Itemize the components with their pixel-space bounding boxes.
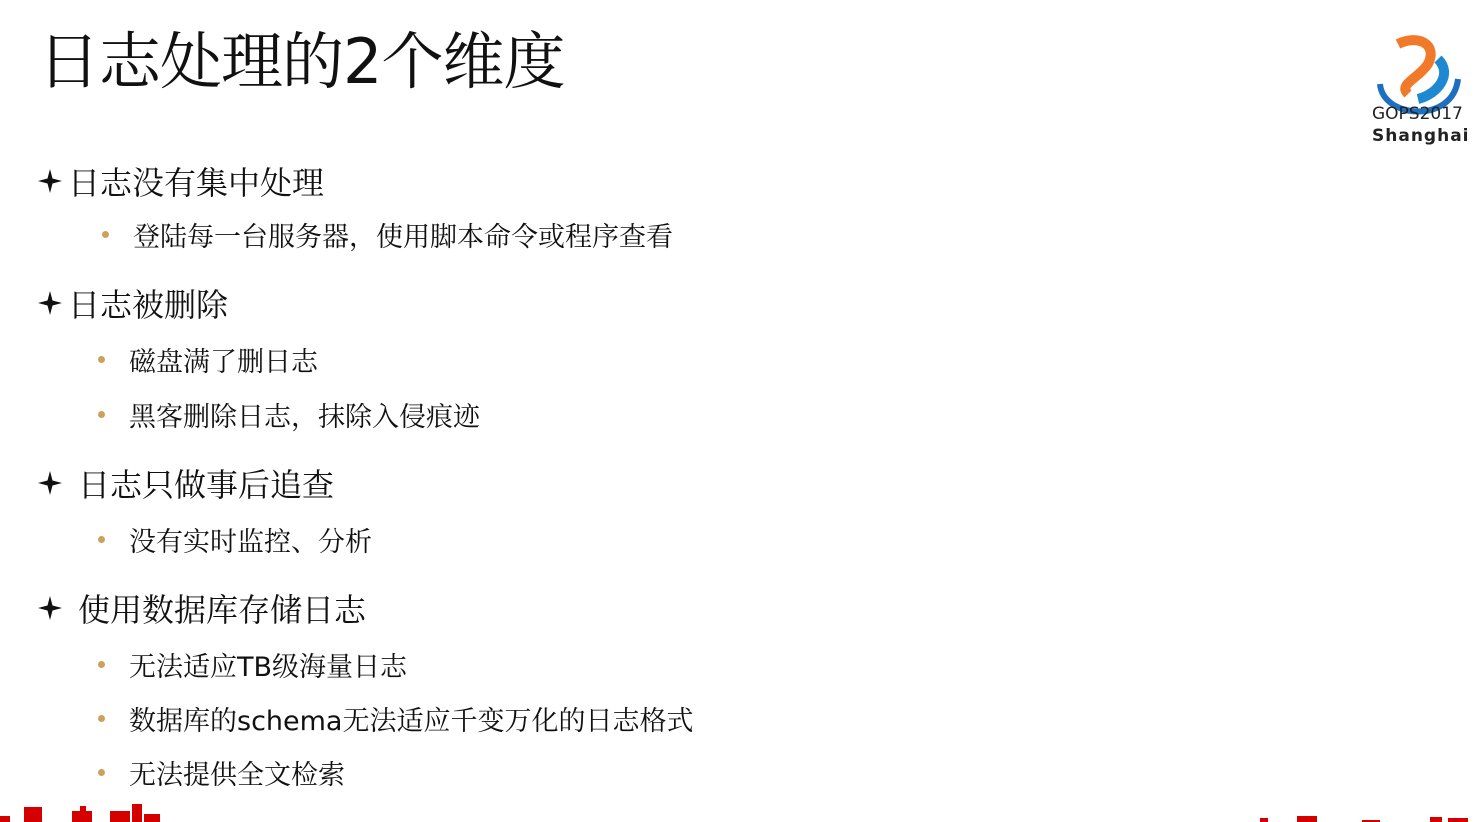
city-skyline-decoration [0,782,1484,822]
bullet-text: 黑客删除日志，抹除入侵痕迹 [129,395,480,434]
heading-text: 日志被删除 [68,280,228,326]
bullet-dot-icon [98,356,105,363]
section-heading: 日志没有集中处理 [38,158,324,204]
heading-text: 使用数据库存储日志 [78,585,366,631]
logo-text-event: GOPS2017 [1372,104,1463,124]
section-heading: 日志只做事后追查 [38,460,334,506]
heading-text: 日志没有集中处理 [68,158,324,204]
bullet-dot-icon [98,769,105,776]
bullet-item: 无法适应TB级海量日志 [98,645,407,684]
bullet-dot-icon [98,411,105,418]
bullet-text: 无法适应TB级海量日志 [129,645,407,684]
bullet-text: 登陆每一台服务器，使用脚本命令或程序查看 [133,215,673,254]
bullet-dot-icon [102,231,109,238]
bullet-item: 数据库的schema无法适应千变万化的日志格式 [98,699,693,738]
logo-text-city: Shanghai [1372,126,1470,146]
bullet-dot-icon [98,715,105,722]
bullet-text: 数据库的schema无法适应千变万化的日志格式 [129,699,693,738]
four-point-star-icon [38,169,62,193]
heading-text: 日志只做事后追查 [78,460,334,506]
section-heading: 日志被删除 [38,280,228,326]
bullet-item: 黑客删除日志，抹除入侵痕迹 [98,395,480,434]
bullet-item: 磁盘满了删日志 [98,340,318,379]
four-point-star-icon [38,291,62,315]
bullet-text: 没有实时监控、分析 [129,520,372,559]
four-point-star-icon [38,471,62,495]
bullet-item: 没有实时监控、分析 [98,520,372,559]
bullet-dot-icon [98,661,105,668]
bullet-dot-icon [98,536,105,543]
section-heading: 使用数据库存储日志 [38,585,366,631]
bullet-text: 磁盘满了删日志 [129,340,318,379]
bullet-item: 登陆每一台服务器，使用脚本命令或程序查看 [102,215,673,254]
slide-title: 日志处理的2个维度 [38,22,564,102]
four-point-star-icon [38,596,62,620]
